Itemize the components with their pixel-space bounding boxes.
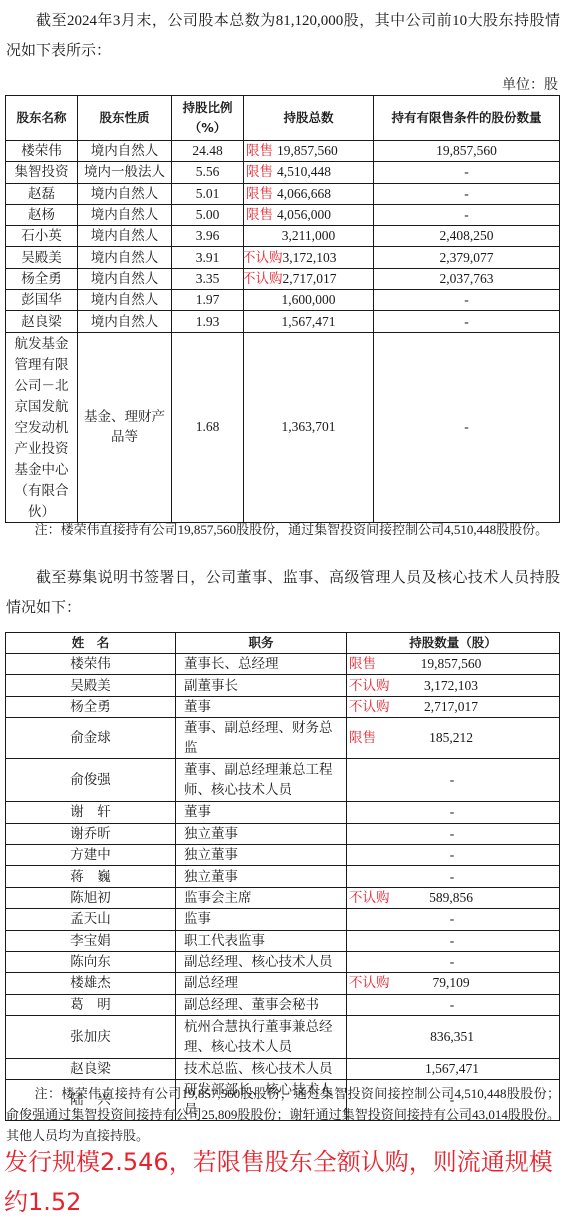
table-row: 方建中独立董事- [6,844,560,865]
restricted-shares: 2,037,763 [374,268,560,289]
total-shares-value: 1,363,701 [282,417,336,437]
header-duty: 职务 [176,633,347,654]
status-tag: 不认购 [242,250,283,266]
table-row: 吴殿美副董事长不认购3,172,103 [6,675,560,696]
holding-ratio: 3.35 [172,268,244,289]
table-row: 陈向东副总经理、核心技术人员- [6,951,560,972]
restricted-shares: 2,408,250 [374,226,560,247]
header-name: 股东名称 [6,96,78,141]
table-row: 杨全勇董事不认购2,717,017 [6,696,560,717]
table2-note: 注：楼荣伟直接持有公司19,857,560股股份，通过集智投资间接控制公司4,5… [6,1083,560,1146]
restricted-shares: - [374,311,560,332]
section2-paragraph: 截至募集说明书签署日，公司董事、监事、高级管理人员及核心技术人员持股情况如下： [6,563,560,623]
person-duty: 副总经理 [176,973,347,994]
total-shares-value: 19,857,560 [277,141,338,161]
shareholder-nature: 境内自然人 [78,141,172,162]
restricted-shares: 19,857,560 [374,141,560,162]
total-shares-value: 2,717,017 [283,269,337,289]
total-shares: 限售4,066,668 [244,183,374,204]
shareholder-name: 集智投资 [6,162,78,183]
table-row: 俞金球董事、副总经理、财务总监限售185,212 [6,718,560,759]
holding-quantity: 不认购2,717,017 [347,696,560,717]
holding-value: 2,717,017 [401,697,501,717]
table-row: 赵磊境内自然人5.01限售4,066,668- [6,183,560,204]
status-tag: 限售 [246,207,273,223]
holding-value: 19,857,560 [401,654,501,674]
table-row: 葛 明副总经理、董事会秘书- [6,994,560,1015]
holding-value: - [450,770,455,790]
total-shares-value: 3,211,000 [282,226,336,246]
holding-value: - [450,995,455,1015]
holding-value: 836,351 [430,1027,474,1047]
holding-quantity: - [347,951,560,972]
table-row: 张加庆杭州合慧执行董事兼总经理、核心技术人员836,351 [6,1016,560,1059]
person-duty: 技术总监、核心技术人员 [176,1059,347,1080]
holding-value: - [450,845,455,865]
shareholder-nature: 境内自然人 [78,204,172,225]
holding-ratio: 1.68 [172,332,244,522]
total-shares: 限售4,056,000 [244,204,374,225]
holding-ratio: 3.91 [172,247,244,268]
holding-value: 185,212 [401,728,501,748]
shareholder-name: 楼荣伟 [6,141,78,162]
holding-ratio: 5.01 [172,183,244,204]
status-tag: 不认购 [349,676,401,696]
table-row: 石小英境内自然人3.963,211,0002,408,250 [6,226,560,247]
status-tag: 限售 [246,164,273,180]
person-duty: 独立董事 [176,866,347,887]
shareholder-name: 航发基金管理有限公司－北京国发航空发动机产业投资基金中心（有限合伙） [6,332,78,522]
header-total: 持股总数 [244,96,374,141]
person-name: 俞金球 [6,718,176,759]
table-row: 谢 轩董事- [6,802,560,823]
header-holding: 持股数量（股） [347,633,560,654]
holding-quantity: - [347,823,560,844]
annotation-text: 发行规模2.546，若限售股东全额认购，则流通规模约1.52 [4,1142,560,1219]
unit-label: 单位：股 [502,74,558,94]
shareholder-name: 杨全勇 [6,268,78,289]
shareholder-nature: 境内自然人 [78,226,172,247]
total-shares-value: 1,567,471 [282,312,336,332]
shareholder-nature: 基金、理财产品等 [78,332,172,522]
shareholder-nature: 境内一般法人 [78,162,172,183]
table-row: 赵良梁技术总监、核心技术人员1,567,471 [6,1059,560,1080]
table-row: 谢乔昕独立董事- [6,823,560,844]
shareholder-name: 赵杨 [6,204,78,225]
shareholder-nature: 境内自然人 [78,311,172,332]
shareholder-name: 赵磊 [6,183,78,204]
top10-shareholders-table: 股东名称 股东性质 持股比例（%） 持股总数 持有有限售条件的股份数量 楼荣伟境… [5,95,560,523]
holding-quantity: 1,567,471 [347,1059,560,1080]
restricted-shares: - [374,183,560,204]
holding-quantity: 不认购3,172,103 [347,675,560,696]
restricted-shares: - [374,204,560,225]
table1-note: 注：楼荣伟直接持有公司19,857,560股股份，通过集智投资间接控制公司4,5… [6,519,560,540]
table-row: 楼雄杰副总经理不认购79,109 [6,973,560,994]
holding-value: 589,856 [401,888,501,908]
holding-ratio: 5.00 [172,204,244,225]
person-name: 葛 明 [6,994,176,1015]
shareholder-name: 赵良梁 [6,311,78,332]
person-duty: 董事 [176,696,347,717]
table-row: 李宝娟职工代表监事- [6,930,560,951]
total-shares: 不认购2,717,017 [244,268,374,289]
holding-quantity: 限售185,212 [347,718,560,759]
person-duty: 董事 [176,802,347,823]
header-nature: 股东性质 [78,96,172,141]
restricted-shares: - [374,332,560,522]
holding-quantity: - [347,930,560,951]
status-tag: 限售 [349,728,401,748]
person-duty: 副总经理、核心技术人员 [176,951,347,972]
table-row: 航发基金管理有限公司－北京国发航空发动机产业投资基金中心（有限合伙）基金、理财产… [6,332,560,522]
holding-ratio: 1.97 [172,290,244,311]
holding-quantity: - [347,802,560,823]
table-row: 楼荣伟境内自然人24.48限售19,857,56019,857,560 [6,141,560,162]
total-shares: 1,567,471 [244,311,374,332]
person-name: 方建中 [6,844,176,865]
shareholder-name: 石小英 [6,226,78,247]
person-name: 楼雄杰 [6,973,176,994]
total-shares-value: 4,066,668 [277,184,331,204]
table-row: 孟天山监事- [6,909,560,930]
table-row: 楼荣伟董事长、总经理限售19,857,560 [6,654,560,675]
holding-ratio: 24.48 [172,141,244,162]
shareholder-nature: 境内自然人 [78,268,172,289]
person-name: 赵良梁 [6,1059,176,1080]
person-name: 蒋 巍 [6,866,176,887]
management-holdings-table: 姓 名 职务 持股数量（股） 楼荣伟董事长、总经理限售19,857,560吴殿美… [5,632,560,1121]
restricted-shares: - [374,290,560,311]
table-row: 赵杨境内自然人5.00限售4,056,000- [6,204,560,225]
holding-value: - [450,802,455,822]
total-shares: 不认购3,172,103 [244,247,374,268]
holding-ratio: 3.96 [172,226,244,247]
table-row: 彭国华境内自然人1.971,600,000- [6,290,560,311]
person-name: 谢乔昕 [6,823,176,844]
status-tag: 限售 [246,186,273,202]
person-duty: 董事长、总经理 [176,654,347,675]
holding-quantity: 不认购589,856 [347,887,560,908]
person-duty: 监事会主席 [176,887,347,908]
holding-quantity: - [347,866,560,887]
holding-value: 1,567,471 [425,1059,479,1079]
shareholder-name: 吴殿美 [6,247,78,268]
holding-ratio: 5.56 [172,162,244,183]
person-name: 张加庆 [6,1016,176,1059]
status-tag: 不认购 [349,697,401,717]
person-name: 孟天山 [6,909,176,930]
person-name: 杨全勇 [6,696,176,717]
shareholder-nature: 境内自然人 [78,290,172,311]
table-header-row: 姓 名 职务 持股数量（股） [6,633,560,654]
total-shares: 1,363,701 [244,332,374,522]
person-duty: 独立董事 [176,823,347,844]
restricted-shares: 2,379,077 [374,247,560,268]
restricted-shares: - [374,162,560,183]
holding-quantity: - [347,909,560,930]
person-duty: 董事、副总经理、财务总监 [176,718,347,759]
header-ratio: 持股比例（%） [172,96,244,141]
person-duty: 董事、副总经理兼总工程师、核心技术人员 [176,759,347,802]
status-tag: 不认购 [242,271,283,287]
holding-quantity: 836,351 [347,1016,560,1059]
status-tag: 限售 [349,654,401,674]
total-shares-value: 4,510,448 [277,162,331,182]
table-row: 俞俊强董事、副总经理兼总工程师、核心技术人员- [6,759,560,802]
status-tag: 不认购 [349,973,401,993]
holding-value: - [450,824,455,844]
person-duty: 独立董事 [176,844,347,865]
holding-value: - [450,952,455,972]
holding-value: 79,109 [401,973,501,993]
person-duty: 杭州合慧执行董事兼总经理、核心技术人员 [176,1016,347,1059]
holding-quantity: - [347,994,560,1015]
total-shares: 限售4,510,448 [244,162,374,183]
table-row: 蒋 巍独立董事- [6,866,560,887]
shareholder-nature: 境内自然人 [78,247,172,268]
person-name: 李宝娟 [6,930,176,951]
person-duty: 职工代表监事 [176,930,347,951]
total-shares-value: 1,600,000 [282,290,336,310]
person-name: 楼荣伟 [6,654,176,675]
holding-quantity: 限售19,857,560 [347,654,560,675]
holding-quantity: 不认购79,109 [347,973,560,994]
holding-value: - [450,867,455,887]
total-shares: 3,211,000 [244,226,374,247]
holding-value: 3,172,103 [401,676,501,696]
status-tag: 限售 [246,143,273,159]
person-name: 陈旭初 [6,887,176,908]
person-duty: 副董事长 [176,675,347,696]
table-row: 集智投资境内一般法人5.56限售4,510,448- [6,162,560,183]
table-row: 吴殿美境内自然人3.91不认购3,172,1032,379,077 [6,247,560,268]
person-name: 俞俊强 [6,759,176,802]
header-restricted: 持有有限售条件的股份数量 [374,96,560,141]
total-shares-value: 4,056,000 [277,205,331,225]
header-name: 姓 名 [6,633,176,654]
person-name: 陈向东 [6,951,176,972]
holding-ratio: 1.93 [172,311,244,332]
holding-quantity: - [347,844,560,865]
total-shares: 1,600,000 [244,290,374,311]
table-header-row: 股东名称 股东性质 持股比例（%） 持股总数 持有有限售条件的股份数量 [6,96,560,141]
table-row: 赵良梁境内自然人1.931,567,471- [6,311,560,332]
person-name: 吴殿美 [6,675,176,696]
total-shares-value: 3,172,103 [283,248,337,268]
person-duty: 监事 [176,909,347,930]
holding-value: - [450,909,455,929]
person-duty: 副总经理、董事会秘书 [176,994,347,1015]
table-row: 杨全勇境内自然人3.35不认购2,717,0172,037,763 [6,268,560,289]
status-tag: 不认购 [349,888,401,908]
intro-paragraph: 截至2024年3月末，公司股本总数为81,120,000股，其中公司前10大股东… [6,6,560,66]
shareholder-name: 彭国华 [6,290,78,311]
person-name: 谢 轩 [6,802,176,823]
shareholder-nature: 境内自然人 [78,183,172,204]
holding-quantity: - [347,759,560,802]
holding-value: - [450,931,455,951]
total-shares: 限售19,857,560 [244,141,374,162]
table-row: 陈旭初监事会主席不认购589,856 [6,887,560,908]
